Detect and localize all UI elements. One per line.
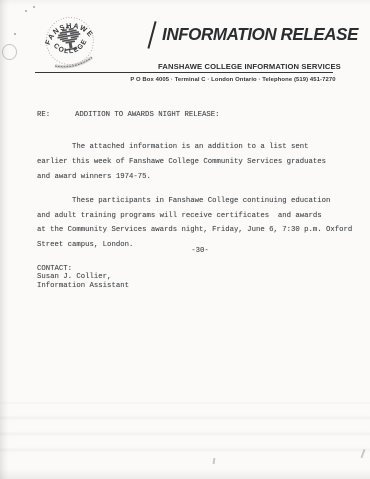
header-rule	[35, 72, 333, 73]
scanned-press-release-page: FANSHAWE COLLEGE	[0, 0, 370, 479]
end-mark: -30-	[160, 247, 240, 255]
logo-ribbon	[55, 57, 93, 69]
scan-speck	[25, 10, 27, 12]
re-label: RE:	[37, 111, 50, 119]
scan-speck	[14, 33, 16, 35]
scan-speck	[33, 6, 35, 8]
punch-hole-mark	[2, 44, 17, 60]
address-line: P O Box 4005 · Terminal C · London Ontar…	[120, 77, 346, 83]
paragraph-line: The attached information is an addition …	[37, 140, 326, 155]
scan-artifact	[213, 458, 216, 464]
fanshawe-college-logo: FANSHAWE COLLEGE	[38, 15, 102, 73]
re-subject: ADDITION TO AWARDS NIGHT RELEASE:	[75, 111, 220, 119]
paragraph-line: and adult training programs will receive…	[37, 209, 352, 224]
scan-streaks	[0, 402, 370, 454]
contact-block: CONTACT: Susan J. Collier, Information A…	[37, 265, 129, 290]
scan-artifact	[361, 449, 365, 458]
paragraph-line: at the Community Services awards night, …	[37, 223, 352, 238]
contact-title: Information Assistant	[37, 282, 129, 290]
paragraph-2: These participants in Fanshawe College c…	[37, 194, 352, 252]
paragraph-line: These participants in Fanshawe College c…	[37, 194, 352, 209]
paragraph-line: earlier this week of Fanshawe College Co…	[37, 155, 326, 170]
contact-name: Susan J. Collier,	[37, 273, 129, 281]
release-title: INFORMATION RELEASE	[162, 24, 356, 45]
slash-icon	[147, 21, 157, 49]
paragraph-line: and award winners 1974-75.	[37, 170, 326, 185]
org-name: FANSHAWE COLLEGE INFORMATION SERVICES	[158, 62, 334, 71]
paragraph-1: The attached information is an addition …	[37, 140, 326, 185]
